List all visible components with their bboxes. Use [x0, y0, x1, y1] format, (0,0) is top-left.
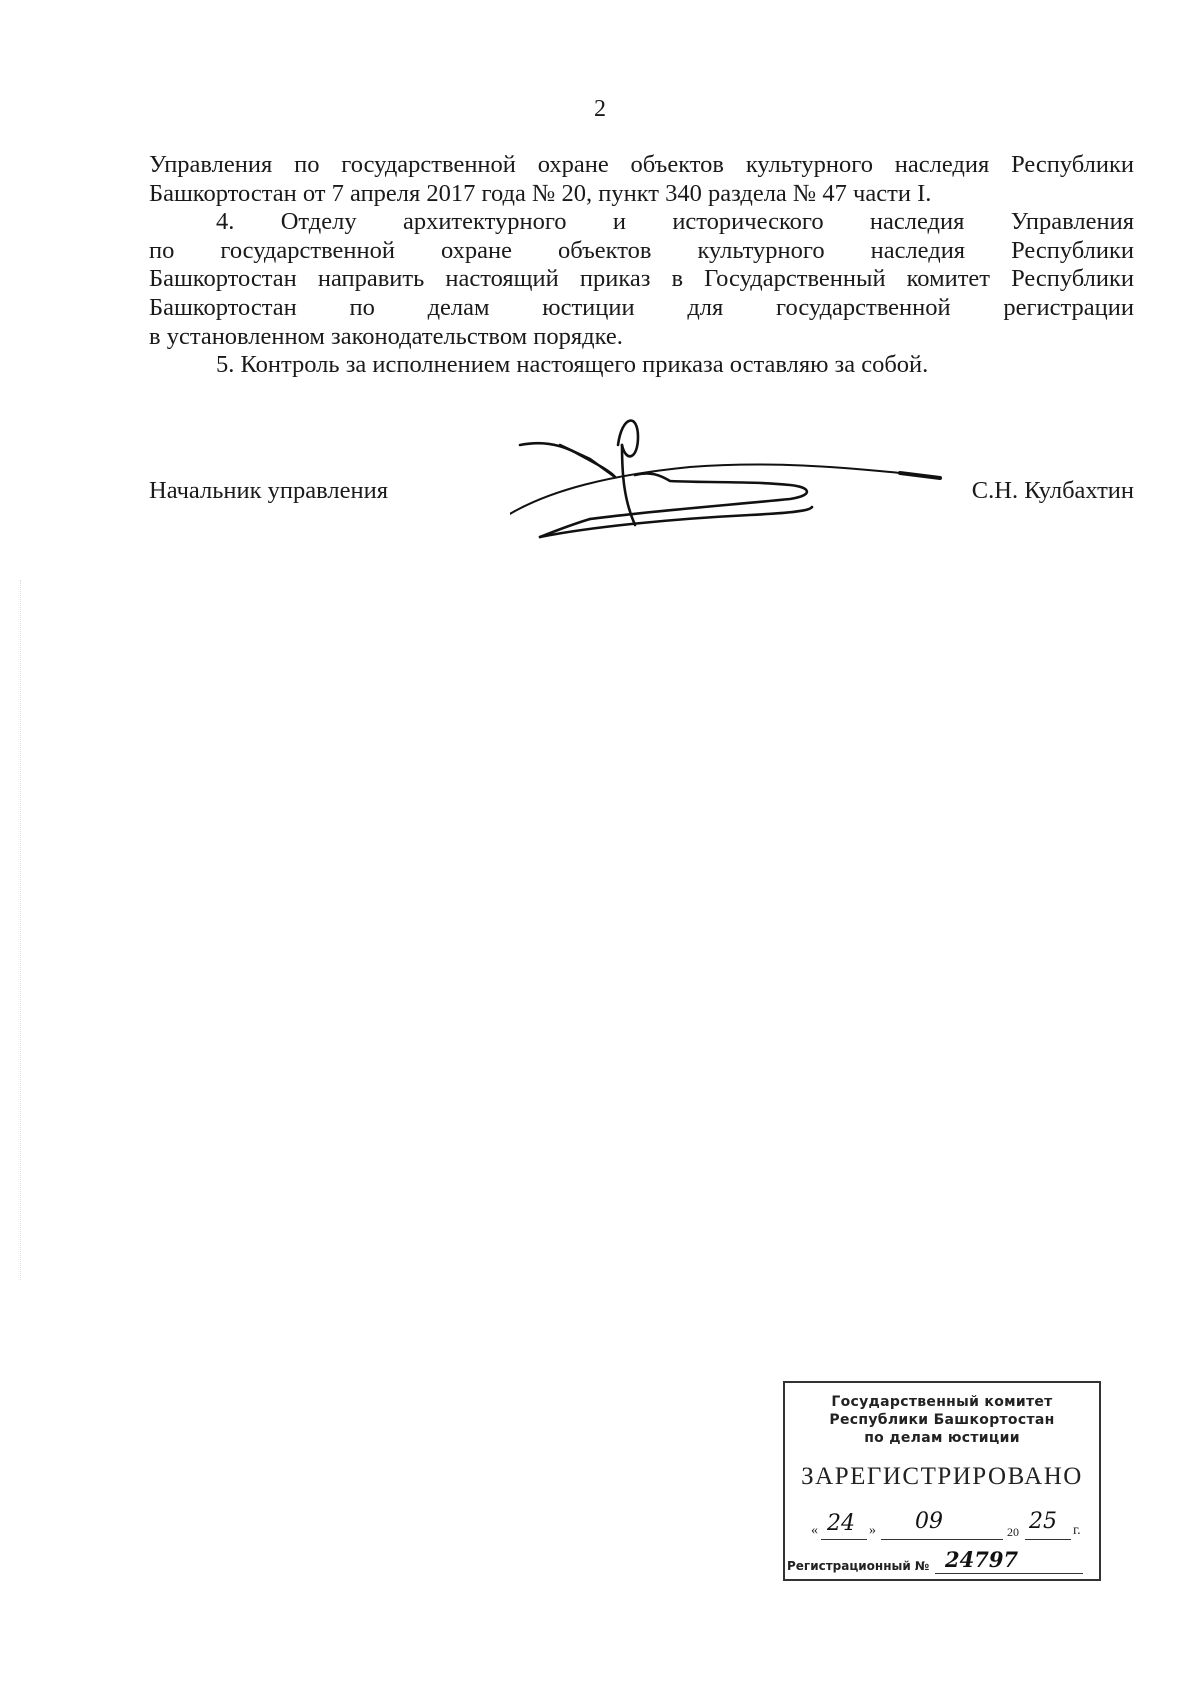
stamp-registration-number: Регистрационный № 24797: [787, 1553, 1087, 1577]
reg-number-label: Регистрационный №: [787, 1559, 929, 1573]
date-year-suffix: 25: [1029, 1509, 1057, 1534]
date-month: 09: [915, 1509, 943, 1534]
stamp-status: ЗАРЕГИСТРИРОВАНО: [785, 1463, 1099, 1491]
stamp-date: « 24 » 09 20 25 г.: [811, 1515, 1081, 1543]
page-number: 2: [0, 96, 1200, 123]
paragraph-5-line: 5. Контроль за исполнением настоящего пр…: [149, 351, 1134, 380]
stamp-org-line: Республики Башкортостан: [785, 1411, 1099, 1429]
paragraph-4-line: Башкортостан по делам юстиции для госуда…: [149, 294, 1134, 323]
date-close-quote: »: [869, 1523, 876, 1539]
registration-stamp: Государственный комитет Республики Башко…: [783, 1381, 1101, 1581]
paragraph-4-line: по государственной охране объектов культ…: [149, 237, 1134, 266]
date-day: 24: [827, 1511, 855, 1536]
body-line: Башкортостан от 7 апреля 2017 года № 20,…: [149, 180, 1134, 209]
signature-block: Начальник управления С.Н. Кулбахтин: [149, 477, 1134, 517]
paragraph-4-line: 4. Отделу архитектурного и исторического…: [149, 208, 1134, 237]
scan-artifact: [20, 580, 25, 1280]
signer-name: С.Н. Кулбахтин: [972, 477, 1134, 505]
stamp-org-line: по делам юстиции: [785, 1429, 1099, 1447]
stamp-organization: Государственный комитет Республики Башко…: [785, 1393, 1099, 1447]
document-body: Управления по государственной охране объ…: [149, 151, 1134, 380]
paragraph-4-line: в установленном законодательством порядк…: [149, 323, 1134, 352]
date-year-prefix: 20: [1007, 1525, 1019, 1540]
date-year-unit: г.: [1073, 1523, 1081, 1539]
reg-number-value: 24797: [945, 1547, 1018, 1572]
signer-position: Начальник управления: [149, 477, 388, 505]
paragraph-4-line: Башкортостан направить настоящий приказ …: [149, 265, 1134, 294]
stamp-org-line: Государственный комитет: [785, 1393, 1099, 1411]
date-open-quote: «: [811, 1523, 818, 1539]
body-line: Управления по государственной охране объ…: [149, 151, 1134, 180]
